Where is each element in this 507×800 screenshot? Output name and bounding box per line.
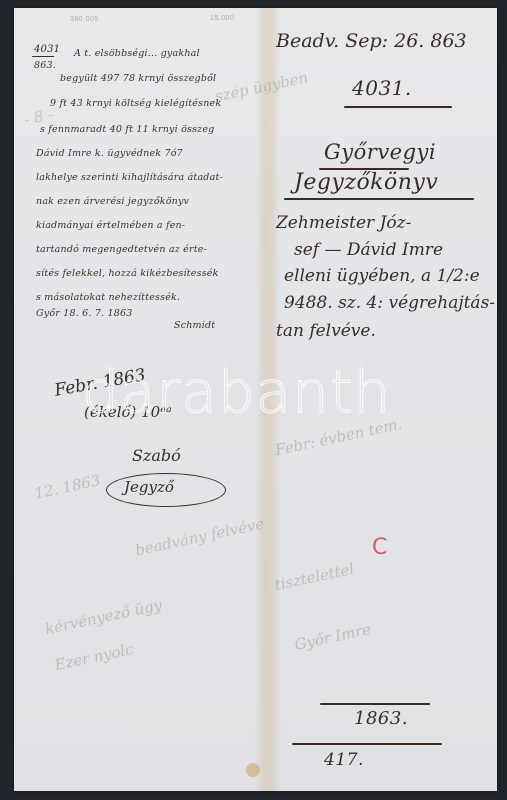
left-line-7: nak ezen árverési jegyzőkönyv (36, 196, 189, 207)
body-line-4: 9488. sz. 4: végrehajtás- (284, 293, 495, 313)
body-line-2: sef — Dávid Imre (294, 240, 443, 260)
paper-stain (246, 763, 260, 777)
right-ref-number: 4031. (352, 76, 412, 100)
body-line-5: tan felvéve. (276, 321, 376, 341)
note-notary: Jegyző (124, 478, 174, 496)
title-line-1: Győrvegyi (324, 140, 436, 164)
left-line-11: s másolatokat nehezíttessék. (36, 292, 180, 303)
left-line-5: Dávid Imre k. ügyvédnek 7ó7 (36, 148, 183, 159)
left-line-4: s fennmaradt 40 ft 11 krnyi összeg (40, 124, 214, 135)
left-line-1: A t. elsöbbségi... gyakhal (74, 48, 200, 59)
body-line-1: Zehmeister Józ- (276, 213, 411, 233)
left-signature: Schmidt (174, 320, 215, 331)
left-line-6: lakhelye szerinti kihajlítására átadat- (36, 172, 223, 183)
footer-year: 1863. (354, 708, 408, 729)
left-ref-number: 4031 (34, 44, 60, 55)
title-line-2: Jegyzőkönyv (294, 170, 438, 195)
right-header: Beadv. Sep: 26. 863 (276, 30, 467, 52)
left-line-12: Győr 18. 6. 7. 1863 (36, 308, 133, 319)
watermark: darabanth (82, 358, 391, 426)
left-line-9: tartandó megengedtetvén az érte- (36, 244, 207, 255)
footer-number: 417. (324, 750, 364, 770)
left-line-10: sítés felekkel, hozzá kikézbesítessék (36, 268, 219, 279)
left-line-2: begyült 497 78 krnyi összegből (60, 73, 216, 84)
body-line-3: elleni ügyében, a 1/2:e (284, 266, 480, 286)
pencil-note-inventory: 390.005 (70, 16, 99, 23)
pencil-note-price: 15.000 (210, 15, 234, 22)
note-signature: Szabó (132, 446, 181, 465)
left-sub-number: 863. (34, 60, 56, 71)
left-line-3: 9 ft 43 krnyi költség kielégítésnek (50, 98, 221, 109)
left-line-8: kiadmányai értelmében a fen- (36, 220, 185, 231)
red-mark: C (372, 535, 387, 560)
